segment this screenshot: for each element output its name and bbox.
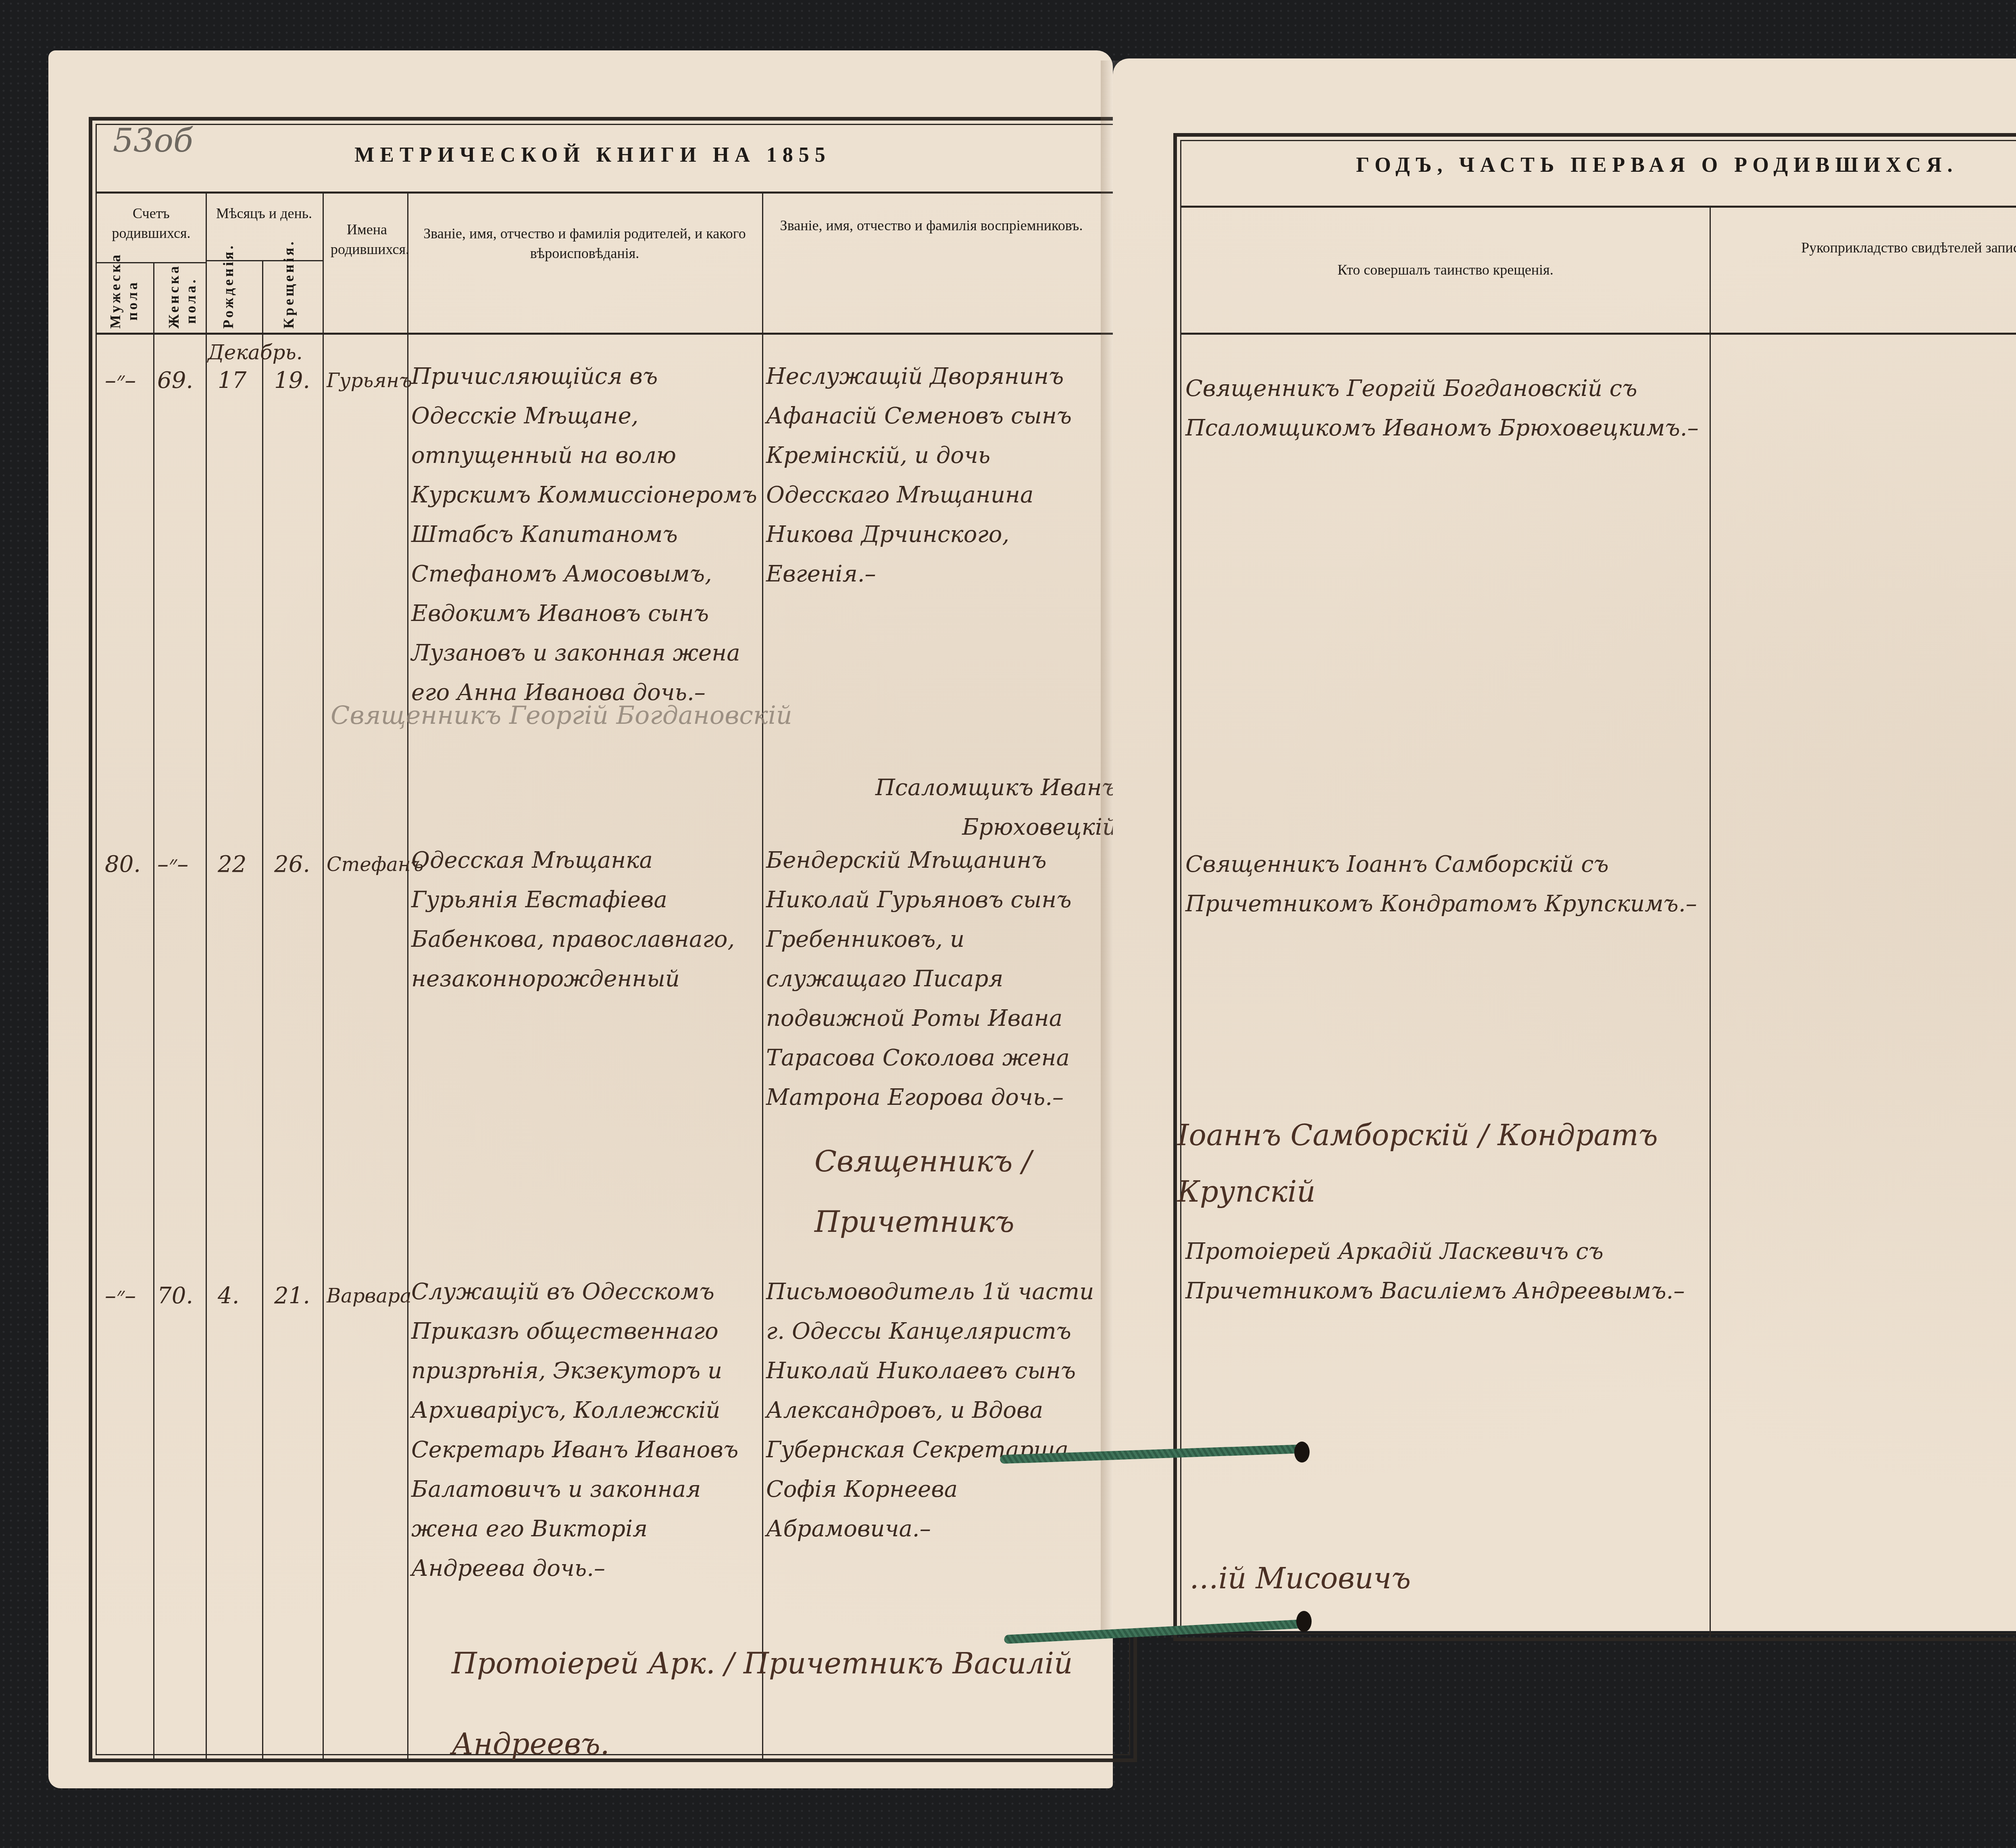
header-godparents: Званіе, имя, отчество и фамилія воспріем… — [774, 216, 1089, 235]
header-birth: Рожденія. — [220, 272, 237, 329]
entry-1-godparents: Неслужащій Дворянинъ Афанасій Семеновъ с… — [766, 357, 1109, 594]
binding-hole — [1296, 1611, 1312, 1632]
entry-1-male: –״– — [105, 361, 136, 400]
column-divider — [1710, 206, 1711, 1641]
header-baptism: Крещенія. — [280, 272, 297, 329]
header-count: Счетъ родившихся. — [99, 204, 204, 243]
entry-2-godparents: Бендерскій Мѣщанинъ Николай Гурьяновъ сы… — [766, 841, 1109, 1117]
entry-1-officiant: Священникъ Георгій Богдановскій съ Псало… — [1185, 369, 1710, 448]
entry-2-signatures: Іоаннъ Самборскій / Кондратъ Крупскій — [1177, 1107, 1782, 1220]
entry-3-parents: Служащій въ Одесскомъ Приказѣ общественн… — [411, 1272, 758, 1588]
entry-1-parents: Причисляющійся въ Одесскіе Мѣщане, отпущ… — [411, 357, 758, 713]
column-divider — [262, 260, 263, 1762]
entry-2-female: –״– — [157, 845, 188, 884]
divider — [97, 192, 1129, 194]
header-parents: Званіе, имя, отчество и фамилія родителе… — [419, 224, 750, 263]
entry-3-male: –״– — [105, 1276, 136, 1316]
entry-3-female: 70. — [157, 1276, 193, 1316]
header-male: Мужеска пола — [107, 272, 141, 329]
header-officiant: Кто совершалъ таинство крещенія. — [1189, 260, 1702, 280]
entry-2-name: Стефанъ — [327, 845, 423, 884]
entry-2-officiant: Священникъ Іоаннъ Самборскій съ Причетни… — [1185, 845, 1710, 924]
entry-1-godparents-signature: Псаломщикъ Иванъ Брюховецкій — [774, 768, 1117, 847]
column-divider — [407, 192, 408, 1762]
entry-1-baptism: 19. — [274, 361, 310, 400]
header-female: Женска пола. — [165, 272, 199, 329]
header-witnesses: Рукоприкладство свидѣтелей записи по жел… — [1742, 232, 2016, 264]
column-divider — [762, 192, 763, 1762]
entry-2-male: 80. — [105, 845, 141, 884]
entry-1-parents-signature: Священникъ Георгій Богдановскій — [331, 696, 855, 735]
binding-hole — [1294, 1442, 1310, 1463]
entry-1-female: 69. — [157, 361, 193, 400]
entry-2-birth: 22 — [218, 845, 246, 884]
header-names: Имена родившихся. — [331, 220, 403, 259]
header-date: Мѣсяцъ и день. — [210, 204, 319, 223]
divider — [1181, 333, 2016, 335]
entry-2-baptism: 26. — [274, 845, 310, 884]
entry-2-clergy-signature: Священникъ / Причетникъ — [814, 1131, 1097, 1252]
entry-1-name: Гурьянъ — [327, 361, 412, 400]
entry-3-godparents: Письмоводитель 1й части г. Одессы Канцел… — [766, 1272, 1109, 1549]
entry-3-name: Варвара — [327, 1276, 412, 1316]
right-page-title: ГОДЪ, ЧАСТЬ ПЕРВАЯ О РОДИВШИХСЯ. — [1274, 153, 2016, 177]
entry-3-baptism: 21. — [274, 1276, 310, 1316]
left-page: 53об МЕТРИЧЕСКОЙ КНИГИ НА 1855 Счетъ род… — [48, 50, 1113, 1788]
entry-3-officiant: Протоіерей Аркадій Ласкевичъ съ Причетни… — [1185, 1232, 1710, 1311]
entry-3-signature: …ій Мисовичъ — [1189, 1558, 1673, 1598]
left-page-title: МЕТРИЧЕСКОЙ КНИГИ НА 1855 — [331, 143, 855, 167]
entry-2-parents: Одесская Мѣщанка Гурьянія Евстафіева Баб… — [411, 841, 758, 999]
column-divider — [206, 192, 207, 1762]
right-page: ГОДЪ, ЧАСТЬ ПЕРВАЯ О РОДИВШИХСЯ. 54 Кто … — [1113, 58, 2016, 1631]
entry-1-birth: 17 — [218, 361, 246, 400]
entry-3-birth: 4. — [218, 1276, 239, 1316]
folio-note: 53об — [113, 121, 193, 160]
divider — [1181, 206, 2016, 208]
column-divider — [323, 192, 324, 1762]
entry-3-clergy-signatures: Протоіерей Арк. / Причетникъ Василій Анд… — [452, 1623, 1097, 1784]
column-divider — [153, 262, 154, 1762]
